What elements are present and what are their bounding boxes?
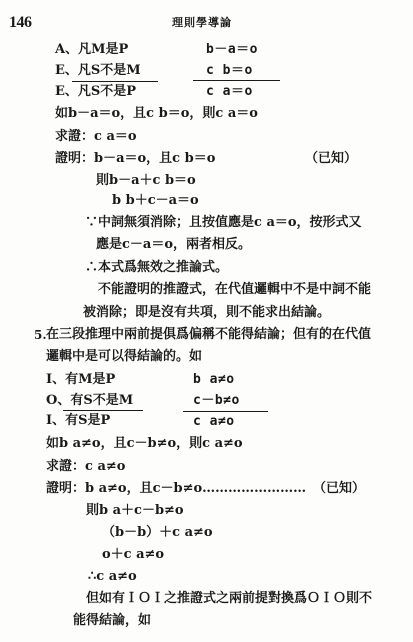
section-intro: 在三段推理中兩前提俱爲偏稱不能得結論；但有的在代值 <box>46 327 371 343</box>
proof-line: 證明：b a≠o，且c－b≠o…………………… <box>46 481 306 497</box>
formula-major: b a≠o <box>193 372 235 388</box>
remark-line-cont: 被消除；即是沒有共項，則不能求出結論。 <box>83 305 330 321</box>
formula-minor: c－b≠o <box>193 393 240 409</box>
proof-line: 則b a＋c－b≠o <box>86 503 184 519</box>
therefore-line: ∴c a≠o <box>88 569 137 585</box>
proof-goal: 求證：c a＝o <box>55 129 137 145</box>
proof-line: b b＋c－a＝o <box>112 193 199 209</box>
proof-line: 則b－a＋c b＝o <box>96 173 196 189</box>
formula-major: b－a＝o <box>206 42 258 58</box>
proof-line: 證明：b－a＝o，且c b＝o <box>55 151 215 167</box>
running-title: 理則學導論 <box>172 14 232 30</box>
conclusion: I、有S是P <box>46 413 110 429</box>
closing-line: 但如有ＩＯＩ之推證式之兩前提對換爲ＯＩＯ則不 <box>86 591 372 607</box>
proof-line: o＋c a≠o <box>102 547 164 563</box>
formula-minor: c b＝o <box>206 63 253 79</box>
conclusion-rule-right <box>193 80 280 81</box>
proof-goal: 求證：c a≠o <box>46 459 125 475</box>
conclusion-rule-right <box>183 411 268 412</box>
conclusion: E、凡S不是P <box>55 84 136 100</box>
conclusion-rule-left <box>63 410 143 411</box>
section-intro-cont: 邏輯中是可以得結論的。如 <box>46 349 202 365</box>
because-line: ∵中詞無須消除；且按值應是c a＝o，按形式又 <box>85 215 362 231</box>
therefore-line: ∴本式爲無效之推論式。 <box>85 260 228 276</box>
because-line-cont: 應是c－a＝o，兩者相反。 <box>96 237 251 253</box>
proof-statement: 如b－a＝o，且c b＝o，則c a＝o <box>55 106 258 122</box>
premise-minor: O、有S不是M <box>46 393 133 409</box>
section-number: 5. <box>34 327 47 343</box>
premise-minor: E、凡S不是M <box>55 63 141 79</box>
proof-given-note: （已知） <box>313 481 365 497</box>
page-number: 146 <box>9 14 32 32</box>
formula-conclusion: c a＝o <box>206 84 253 100</box>
premise-major: A、凡M是P <box>55 42 128 58</box>
closing-line-cont: 能得結論，如 <box>73 613 151 629</box>
premise-major: I、有M是P <box>46 372 115 388</box>
proof-given-note: （已知） <box>305 151 357 167</box>
proof-statement: 如b a≠o，且c－b≠o，則c a≠o <box>46 436 243 452</box>
proof-line: （b－b）＋c a≠o <box>102 525 213 541</box>
remark-line: 不能證明的推證式，在代值邏輯中不是中詞不能 <box>98 282 371 298</box>
conclusion-rule-left <box>72 81 158 82</box>
formula-conclusion: c a≠o <box>193 414 235 430</box>
